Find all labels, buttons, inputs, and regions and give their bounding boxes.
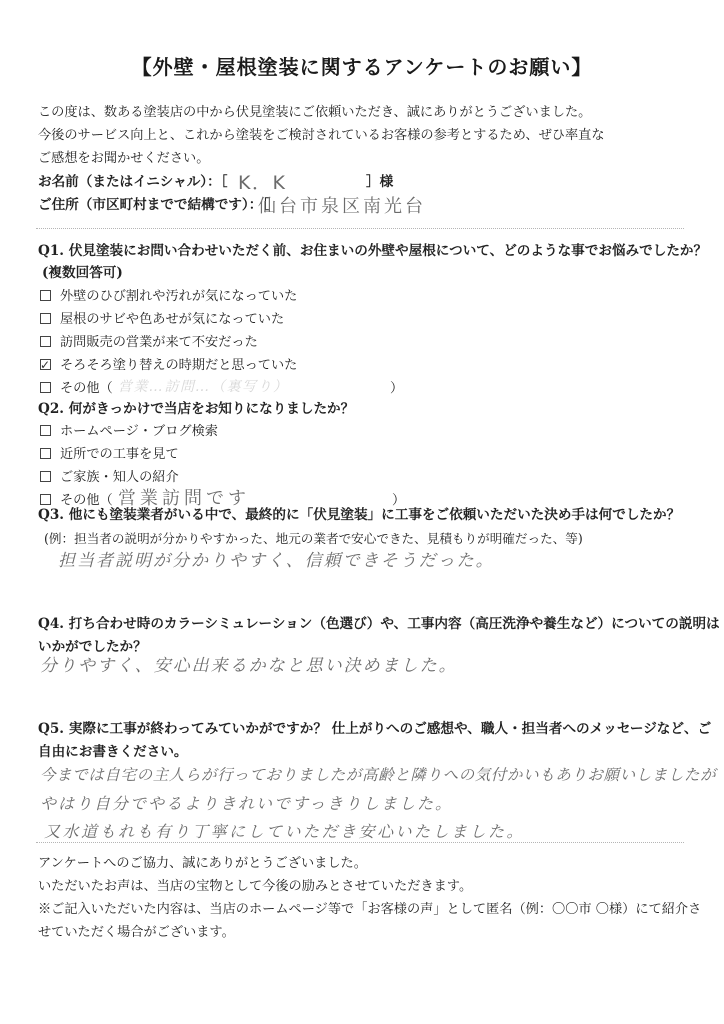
checkbox[interactable] [40,290,51,301]
q1-note: (複数回答可) [42,263,123,283]
name-value[interactable]: K．K [238,168,286,195]
q1-option-1[interactable]: 外壁のひび割れや汚れが気になっていた [40,287,297,307]
section-divider [36,842,684,843]
option-label: 屋根のサビや色あせが気になっていた [60,312,284,327]
q2-option-2[interactable]: 近所での工事を見て [40,445,179,465]
option-label: その他（ [60,381,113,396]
q2-option-1[interactable]: ホームページ・ブログ検索 [40,422,218,442]
intro-line-3: ご感想をお聞かせください。 [38,149,209,169]
checkbox[interactable] [40,448,51,459]
checkbox[interactable] [40,494,51,505]
option-label: 訪問販売の営業が来て不安だった [60,335,258,350]
intro-line-2: 今後のサービス向上と、これから塗装をご検討されているお客様の参考とするため、ぜひ… [38,126,605,146]
q3-question: Q3. 他にも塗装業者がいる中で、最終的に「伏見塗装」に工事をご依頼いただいた決… [38,505,680,525]
option-label: 近所での工事を見て [60,447,179,462]
q5-answer-line-1[interactable]: 今までは自宅の主人らが行っておりましたが高齢と隣りへの気付かいもありお願いしまし… [40,763,716,785]
q1-option-2[interactable]: 屋根のサビや色あせが気になっていた [40,310,284,330]
q4-answer[interactable]: 分りやすく、安心出来るかなと思い決めました。 [40,651,458,676]
q5-answer-line-3[interactable]: 又水道もれも有り丁寧にしていただき安心いたしました。 [44,819,525,842]
checkbox[interactable] [40,313,51,324]
checkbox[interactable] [40,382,51,393]
closing-line-4: せていただく場合がございます。 [38,923,235,943]
q4-question-line-1: Q4. 打ち合わせ時のカラーシミュレーション（色選び）や、工事内容（高圧洗浄や養… [38,614,720,634]
q1-option-other[interactable]: その他（ [40,379,113,399]
checkbox[interactable] [40,336,51,347]
option-label: ホームページ・ブログ検索 [60,424,218,439]
name-suffix: ］様 [366,172,393,192]
q5-question-line-2: 自由にお書きください。 [38,742,188,762]
intro-line-1: この度は、数ある塗装店の中から伏見塗装にご依頼いただき、誠にありがとうございまし… [38,103,591,123]
q1-question: Q1. 伏見塗装にお問い合わせいただく前、お住まいの外壁や屋根について、どのよう… [38,241,707,261]
option-label: そろそろ塗り替えの時期だと思っていた [60,358,297,373]
checkbox-checked[interactable] [40,359,51,370]
checkbox[interactable] [40,425,51,436]
address-value[interactable]: 仙台市泉区南光台 [258,192,426,218]
checkbox[interactable] [40,471,51,482]
address-label: ご住所（市区町村までで結構です）：［ [38,195,269,215]
q3-answer[interactable]: 担当者説明が分かりやすく、信頼できそうだった。 [58,546,495,571]
name-label: お名前（またはイニシャル）：［ [38,172,228,192]
option-label: ご家族・知人の紹介 [60,470,179,485]
q1-other-close: ） [390,379,403,399]
closing-line-1: アンケートへのご協力、誠にありがとうございました。 [38,854,367,874]
q5-answer-line-2[interactable]: やはり自分でやるよりきれいですっきりしました。 [40,791,453,814]
section-divider [36,228,684,229]
q1-option-3[interactable]: 訪問販売の営業が来て不安だった [40,333,258,353]
q2-question: Q2. 何がきっかけで当店をお知りになりましたか？ [38,399,354,419]
closing-line-3: ※ご記入いただいた内容は、当店のホームページ等で「お客様の声」として匿名（例：〇… [38,900,701,920]
option-label: 外壁のひび割れや汚れが気になっていた [60,289,297,304]
closing-line-2: いただいたお声は、当店の宝物として今後の励みとさせていただきます。 [38,877,472,897]
q1-other-value-bleedthrough: 営業…訪問…（裏写り） [118,376,289,396]
survey-title: 【外壁・屋根塗装に関するアンケートのお願い】 [0,51,724,80]
q5-question-line-1: Q5. 実際に工事が終わってみていかがですか？ 仕上がりへのご感想や、職人・担当… [38,719,711,739]
q1-option-4[interactable]: そろそろ塗り替えの時期だと思っていた [40,356,297,376]
